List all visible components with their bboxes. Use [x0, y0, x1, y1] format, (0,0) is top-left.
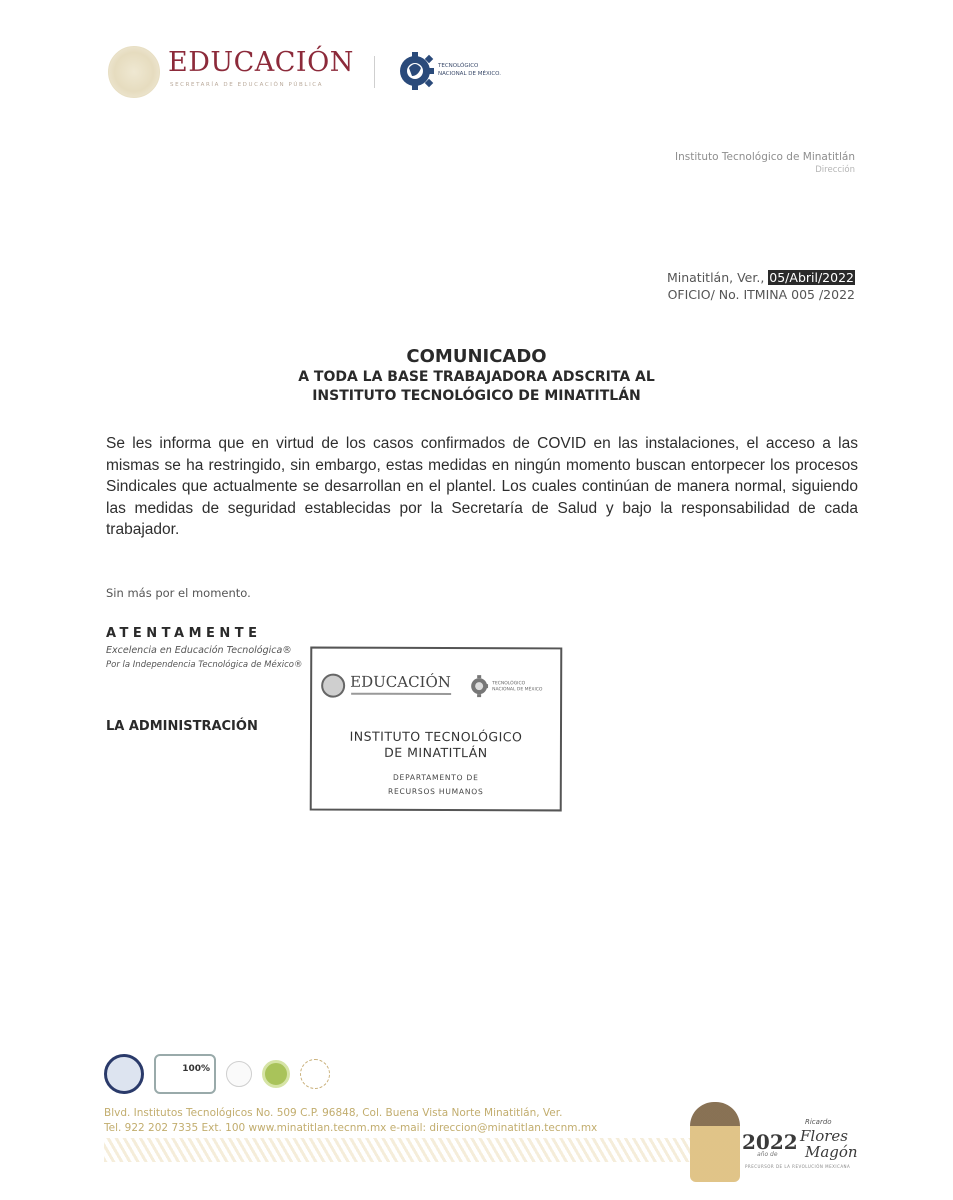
tecnm-line-1: TECNOLÓGICO — [438, 62, 501, 70]
motto-line-1: Excelencia en Educación Tecnológica® — [106, 645, 292, 656]
stamp-tecnm-gear-icon — [470, 671, 488, 701]
footer-decorative-pattern — [104, 1138, 690, 1162]
regards-text: ATENTAMENTE — [106, 626, 262, 641]
body-paragraph: Se les informa que en virtud de los caso… — [106, 433, 858, 541]
header-divider — [374, 56, 375, 88]
office-name: Dirección — [815, 165, 855, 175]
title-main: COMUNICADO — [0, 346, 953, 368]
tecnm-line-2: NACIONAL DE MÉXICO. — [438, 70, 501, 78]
farewell-text: Sin más por el momento. — [106, 586, 251, 600]
title-line-1: A TODA LA BASE TRABAJADORA ADSCRITA AL — [0, 368, 953, 387]
tecnm-text: TECNOLÓGICO NACIONAL DE MÉXICO. — [438, 62, 501, 78]
mexico-seal-logo — [108, 46, 160, 98]
place: Minatitlán, Ver., — [667, 270, 764, 285]
title-line-2: INSTITUTO TECNOLÓGICO DE MINATITLÁN — [0, 387, 953, 406]
title-block: COMUNICADO A TODA LA BASE TRABAJADORA AD… — [0, 346, 953, 406]
honoree-caption: PRECURSOR DE LA REVOLUCIÓN MEXICANA — [745, 1164, 850, 1169]
footer-address: Blvd. Institutos Tecnológicos No. 509 C.… — [104, 1107, 562, 1119]
place-and-date: Minatitlán, Ver., 05/Abril/2022 — [667, 270, 855, 285]
footer-logos: 100% — [104, 1054, 330, 1094]
footer-contact: Tel. 922 202 7335 Ext. 100 www.minatitla… — [104, 1122, 597, 1134]
plastic-free-badge-icon: 100% — [154, 1054, 216, 1094]
stamp-tecnm-line-2: NACIONAL DE MÉXICO — [492, 687, 542, 693]
stamp-education-title: EDUCACIÓN — [350, 673, 451, 691]
education-title: EDUCACIÓN — [168, 47, 354, 78]
tecnm-gear-logo — [396, 46, 434, 96]
stamp-department-line-2: RECURSOS HUMANOS — [312, 785, 560, 800]
stamp-institution: INSTITUTO TECNOLÓGICO DE MINATITLÁN — [312, 729, 560, 762]
stamp-department-line-1: DEPARTAMENTO DE — [312, 771, 560, 786]
certification-seal-icon — [226, 1061, 252, 1087]
date: 05/Abril/2022 — [768, 270, 855, 285]
stamp-department: DEPARTAMENTO DE RECURSOS HUMANOS — [312, 771, 560, 800]
official-stamp: EDUCACIÓN TECNOLÓGICO NACIONAL DE MÉXICO… — [310, 647, 563, 812]
inclusion-seal-icon — [300, 1059, 330, 1089]
motto-line-2: Por la Independencia Tecnológica de Méxi… — [106, 660, 302, 670]
stamp-institution-line-1: INSTITUTO TECNOLÓGICO — [312, 729, 560, 746]
stamp-seal-icon — [321, 674, 345, 698]
honoree-last-name-2: Magón — [805, 1143, 858, 1161]
flores-magon-portrait — [690, 1102, 740, 1182]
plastic-free-percent: 100% — [182, 1064, 210, 1074]
green-certification-icon — [262, 1060, 290, 1088]
institution-name: Instituto Tecnológico de Minatitlán — [675, 151, 855, 163]
stamp-education-underline — [351, 693, 451, 695]
stamp-tecnm-text: TECNOLÓGICO NACIONAL DE MÉXICO — [492, 681, 542, 693]
signatory: LA ADMINISTRACIÓN — [106, 719, 258, 734]
year-prefix: año de — [757, 1151, 778, 1158]
honoree-first-name: Ricardo — [805, 1118, 832, 1126]
institute-emblem-icon — [104, 1054, 144, 1094]
education-subtitle: SECRETARÍA DE EDUCACIÓN PÚBLICA — [170, 82, 323, 88]
stamp-institution-line-2: DE MINATITLÁN — [312, 745, 560, 762]
oficio-number: OFICIO/ No. ITMINA 005 /2022 — [668, 287, 855, 302]
